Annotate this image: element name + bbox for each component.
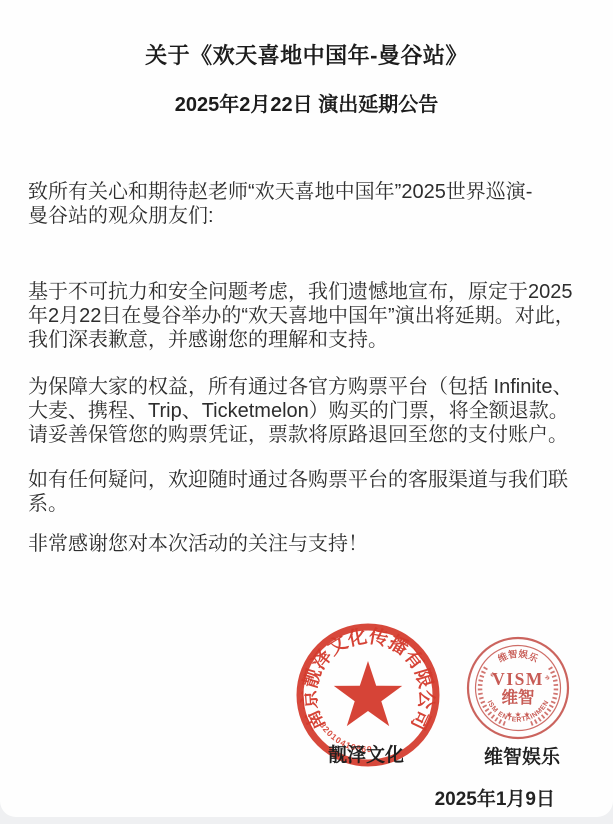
salutation-paragraph: 致所有关心和期待赵老师“欢天喜地中国年”2025世界巡演- 曼谷站的观众朋友们: — [28, 180, 596, 228]
ornament-right-icon: » — [543, 672, 553, 683]
seal-label-liangze: 靓泽文化 — [306, 740, 426, 767]
page-title: 关于《欢天喜地中国年-曼谷站》 — [0, 0, 613, 69]
announcement-body: 致所有关心和期待赵老师“欢天喜地中国年”2025世界巡演- 曼谷站的观众朋友们:… — [28, 180, 596, 556]
star-icon — [334, 661, 402, 726]
thanks-paragraph: 非常感谢您对本次活动的关注与支持！ — [28, 532, 596, 556]
seal-label-vism: 维智娱乐 — [462, 742, 582, 769]
seal-cjk-name: 维智 — [502, 687, 536, 707]
contact-paragraph: 如有任何疑问，欢迎随时通过各购票平台的客服渠道与我们联 系。 — [28, 468, 596, 516]
refund-paragraph: 为保障大家的权益，所有通过各官方购票平台（包括 Infinite、 大麦、携程、… — [28, 375, 596, 447]
company-seal-vism: 维智娱乐 « » VISM 维智 ★ ★ ★ VISM ENTERTAINMEN… — [466, 636, 570, 740]
postponement-paragraph: 基于不可抗力和安全问题考虑，我们遗憾地宣布，原定于2025 年2月22日在曼谷举… — [28, 280, 596, 352]
document-subtitle: 2025年2月22日 演出延期公告 — [0, 93, 613, 118]
seal-latin-name: VISM — [492, 669, 544, 689]
announcement-date: 2025年1月9日 — [0, 784, 555, 811]
announcement-document: 关于《欢天喜地中国年-曼谷站》 2025年2月22日 演出延期公告 致所有关心和… — [0, 0, 613, 817]
seal-top-arc-text: 维智娱乐 — [496, 648, 541, 666]
